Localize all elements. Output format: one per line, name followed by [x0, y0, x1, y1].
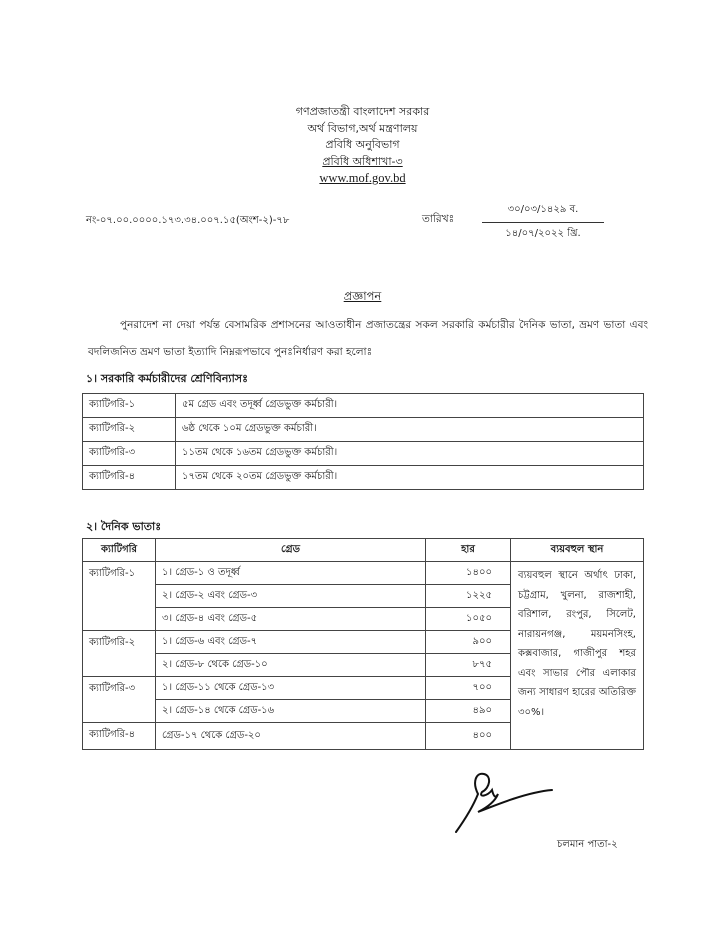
grade-cell: ২। গ্রেড-১৪ থেকে গ্রেড-১৬: [156, 700, 426, 723]
rate-cell: ৮৭৫: [426, 654, 511, 677]
category-cell: ক্যাটিগরি-৪: [83, 466, 176, 490]
grade-cell: ১। গ্রেড-১১ থেকে গ্রেড-১৩: [156, 677, 426, 700]
division-name: অর্থ বিভাগ,অর্থ মন্ত্রণালয়: [0, 121, 725, 138]
category-cell: ক্যাটিগরি-৩: [83, 677, 156, 723]
description-cell: ৫ম গ্রেড এবং তদূর্ধ্ব গ্রেডভুক্ত কর্মচার…: [176, 394, 644, 418]
category-cell: ক্যাটিগরি-১: [83, 562, 156, 631]
date-block: ৩০/০৩/১৪২৯ ব. ১৪/০৭/২০২২ খ্রি.: [482, 202, 604, 243]
rate-cell: ৪০০: [426, 723, 511, 750]
table-header-row: ক্যাটিগরি গ্রেড হার ব্যয়বহুল স্থান: [83, 539, 644, 562]
memo-number: নং-০৭.০০.০০০০.১৭৩.৩৪.০০৭.১৫(অংশ-২)-৭৮: [86, 213, 289, 230]
rate-cell: ৭০০: [426, 677, 511, 700]
date-gregorian: ১৪/০৭/২০২২ খ্রি.: [482, 223, 604, 243]
section2-heading: ২। দৈনিক ভাতাঃ: [86, 518, 161, 537]
table-row: ক্যাটিগরি-৪১৭তম থেকে ২০তম গ্রেডভুক্ত কর্…: [83, 466, 644, 490]
table-row: ক্যাটিগরি-১৫ম গ্রেড এবং তদূর্ধ্ব গ্রেডভু…: [83, 394, 644, 418]
classification-table: ক্যাটিগরি-১৫ম গ্রেড এবং তদূর্ধ্ব গ্রেডভু…: [82, 393, 644, 490]
rate-cell: ১০৫০: [426, 608, 511, 631]
table-row: ক্যাটিগরি-১১। গ্রেড-১ ও তদূর্ধ্ব১৪০০ব্যয…: [83, 562, 644, 585]
category-cell: ক্যাটিগরি-৪: [83, 723, 156, 750]
grade-cell: ৩। গ্রেড-৪ এবং গ্রেড-৫: [156, 608, 426, 631]
govt-name: গণপ্রজাতন্ত্রী বাংলাদেশ সরকার: [0, 104, 725, 121]
wing-name: প্রবিধি অনুবিভাগ: [0, 137, 725, 154]
category-cell: ক্যাটিগরি-২: [83, 631, 156, 677]
rate-cell: ৯০০: [426, 631, 511, 654]
table-row: ক্যাটিগরি-২৬ষ্ঠ থেকে ১০ম গ্রেডভুক্ত কর্ম…: [83, 418, 644, 442]
col-expensive-place: ব্যয়বহুল স্থান: [511, 539, 644, 562]
date-bangla: ৩০/০৩/১৪২৯ ব.: [482, 202, 604, 223]
category-cell: ক্যাটিগরি-১: [83, 394, 176, 418]
rate-cell: ১২২৫: [426, 585, 511, 608]
branch-name: প্রবিধি অধিশাখা-৩: [0, 154, 725, 171]
daily-allowance-table: ক্যাটিগরি গ্রেড হার ব্যয়বহুল স্থান ক্যা…: [82, 538, 644, 750]
continued-page-note: চলমান পাতা-২: [557, 837, 618, 854]
col-category: ক্যাটিগরি: [83, 539, 156, 562]
signature: [448, 768, 558, 838]
description-cell: ১১তম থেকে ১৬তম গ্রেডভুক্ত কর্মচারী।: [176, 442, 644, 466]
category-cell: ক্যাটিগরি-২: [83, 418, 176, 442]
table-row: ক্যাটিগরি-৩১১তম থেকে ১৬তম গ্রেডভুক্ত কর্…: [83, 442, 644, 466]
notification-title: প্রজ্ঞাপন: [0, 288, 725, 307]
grade-cell: গ্রেড-১৭ থেকে গ্রেড-২০: [156, 723, 426, 750]
letterhead: গণপ্রজাতন্ত্রী বাংলাদেশ সরকার অর্থ বিভাগ…: [0, 104, 725, 187]
col-rate: হার: [426, 539, 511, 562]
section1-heading: ১। সরকারি কর্মচারীদের শ্রেণিবিন্যাসঃ: [86, 370, 248, 389]
rate-cell: ৪৯০: [426, 700, 511, 723]
description-cell: ১৭তম থেকে ২০তম গ্রেডভুক্ত কর্মচারী।: [176, 466, 644, 490]
grade-cell: ১। গ্রেড-১ ও তদূর্ধ্ব: [156, 562, 426, 585]
expensive-place-note: ব্যয়বহুল স্থানে অর্থাৎ ঢাকা, চট্টগ্রাম,…: [511, 562, 644, 750]
col-grade: গ্রেড: [156, 539, 426, 562]
intro-paragraph: পুনরাদেশ না দেয়া পর্যন্ত বেসামরিক প্রশা…: [88, 312, 648, 366]
date-label: তারিখঃ: [422, 212, 454, 229]
grade-cell: ২। গ্রেড-৮ থেকে গ্রেড-১০: [156, 654, 426, 677]
grade-cell: ১। গ্রেড-৬ এবং গ্রেড-৭: [156, 631, 426, 654]
rate-cell: ১৪০০: [426, 562, 511, 585]
grade-cell: ২। গ্রেড-২ এবং গ্রেড-৩: [156, 585, 426, 608]
website-link[interactable]: www.mof.gov.bd: [0, 170, 725, 187]
category-cell: ক্যাটিগরি-৩: [83, 442, 176, 466]
description-cell: ৬ষ্ঠ থেকে ১০ম গ্রেডভুক্ত কর্মচারী।: [176, 418, 644, 442]
